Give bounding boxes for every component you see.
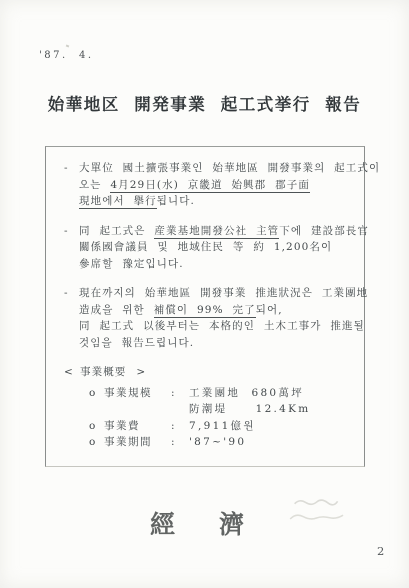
faint-handwriting-stamp — [286, 493, 351, 535]
text-segment: 關係國會議員 및 地域住民 等 約 1,200名이 — [79, 241, 332, 253]
text-line: 同 起工式 以後부터는 本格的인 土木工事가 推進될 — [79, 318, 368, 335]
report-date: '87. 4. — [39, 50, 94, 61]
underlined-text-segment: 産業基地開發公社 主管 — [154, 225, 279, 239]
bullet-item: - 同 起工式은 産業基地開發公社 主管下에 建設部長官 關係國會議員 및 地域… — [64, 223, 352, 273]
colon-separator: : — [171, 434, 189, 451]
text-segment: 同 起工式 以後부터는 本格的인 土木工事가 推進될 — [79, 320, 365, 332]
text-line: 造成을 위한 補償이 99% 完了되어, — [79, 302, 368, 319]
bullet-item: - 大單位 國土擴張事業인 始華地區 開發事業의 起工式이 오는 4月29日(水… — [64, 160, 352, 210]
spacer — [171, 401, 189, 418]
overview-label: 事業期間 — [104, 434, 171, 451]
dash-bullet-marker: - — [64, 285, 79, 351]
text-line: 關係國會議員 및 地域住民 等 約 1,200名이 — [79, 239, 369, 256]
overview-value: 工業團地 680萬坪 — [189, 385, 304, 402]
project-overview-items: o 事業規模 : 工業團地 680萬坪 防潮堤 12.4Km o 事業費 : 7… — [89, 385, 352, 451]
classification-char-left: 經 — [150, 505, 175, 541]
spacer — [104, 401, 171, 418]
underlined-text-segment: 現地에서 擧行 — [79, 195, 157, 209]
text-line: 現在까지의 始華地區 開發事業 推進狀況은 工業團地 — [79, 285, 368, 302]
overview-heading-label: 事業概要 — [80, 364, 126, 381]
overview-row-scale-continuation: 防潮堤 12.4Km — [89, 401, 352, 418]
text-line: 參席할 豫定입니다. — [79, 256, 369, 273]
text-segment: 參席할 豫定입니다. — [79, 258, 184, 270]
text-segment: 現在까지의 始華地區 開發事業 推進狀況은 工業團地 — [79, 287, 368, 299]
overview-value: 防潮堤 12.4Km — [189, 401, 311, 418]
overview-row-period: o 事業期間 : '87~'90 — [89, 434, 352, 451]
page-title: 始華地区 開発事業 起工式挙行 報告 — [0, 91, 409, 115]
underlined-text-segment: 4月29日(水) 京畿道 始興郡 郡子面 — [110, 179, 310, 193]
text-line: 現地에서 擧行됩니다. — [79, 193, 380, 210]
overview-value: 7,911億원 — [189, 418, 256, 435]
text-line: 것임을 報告드립니다. — [79, 335, 368, 352]
angle-bracket-open: < — [64, 364, 80, 381]
page-number: 2 — [377, 544, 384, 558]
project-overview-heading: < 事業概要 > — [64, 364, 352, 381]
underlined-text-segment: 補償이 99% 完了 — [154, 304, 256, 318]
classification-char-right: 濟 — [219, 505, 244, 541]
dash-bullet-marker: - — [64, 223, 79, 273]
overview-value: '87~'90 — [189, 434, 246, 451]
text-line: 同 起工式은 産業基地開發公社 主管下에 建設部長官 — [79, 223, 369, 240]
bullet-item: - 現在까지의 始華地區 開發事業 推進狀況은 工業團地 造成을 위한 補償이 … — [64, 285, 352, 351]
text-segment: 됩니다. — [157, 195, 195, 207]
o-bullet-marker: o — [89, 418, 104, 435]
text-segment: 오는 — [79, 179, 110, 191]
o-bullet-marker: o — [89, 434, 104, 451]
text-line: 大單位 國土擴張事業인 始華地區 開發事業의 起工式이 — [79, 160, 380, 177]
colon-separator: : — [171, 385, 189, 402]
bullet-text-block: 現在까지의 始華地區 開發事業 推進狀況은 工業團地 造成을 위한 補償이 99… — [79, 285, 368, 351]
overview-label: 事業規模 — [104, 385, 171, 402]
overview-row-scale: o 事業規模 : 工業團地 680萬坪 — [89, 385, 352, 402]
bullet-text-block: 同 起工式은 産業基地開發公社 主管下에 建設部長官 關係國會議員 및 地域住民… — [79, 223, 369, 273]
report-body-box: - 大單位 國土擴張事業인 始華地區 開發事業의 起工式이 오는 4月29日(水… — [45, 146, 365, 467]
handwriting-squiggle-icon — [286, 493, 351, 531]
text-segment: 造成을 위한 — [79, 304, 154, 316]
text-line: 오는 4月29日(水) 京畿道 始興郡 郡子面 — [79, 177, 380, 194]
text-segment: 同 起工式은 — [79, 225, 154, 237]
text-segment: 大單位 國土擴張事業인 始華地區 開發事業의 起工式이 — [79, 162, 380, 174]
scanned-report-page: '87. 4. 始華地区 開発事業 起工式挙行 報告 - 大單位 國土擴張事業인… — [0, 0, 409, 588]
spacer — [89, 401, 104, 418]
o-bullet-marker: o — [89, 385, 104, 402]
overview-row-cost: o 事業費 : 7,911億원 — [89, 418, 352, 435]
dash-bullet-marker: - — [64, 160, 79, 210]
classification-mark-kyungje: 經 濟 — [150, 505, 244, 541]
text-segment: 것임을 報告드립니다. — [79, 337, 194, 349]
overview-label: 事業費 — [104, 418, 171, 435]
text-segment: 되어, — [256, 304, 283, 316]
text-segment: 下에 建設部長官 — [279, 225, 369, 237]
scan-artifact-speck — [66, 45, 70, 48]
angle-bracket-close: > — [136, 364, 146, 381]
colon-separator: : — [171, 418, 189, 435]
bullet-text-block: 大單位 國土擴張事業인 始華地區 開發事業의 起工式이 오는 4月29日(水) … — [79, 160, 380, 210]
